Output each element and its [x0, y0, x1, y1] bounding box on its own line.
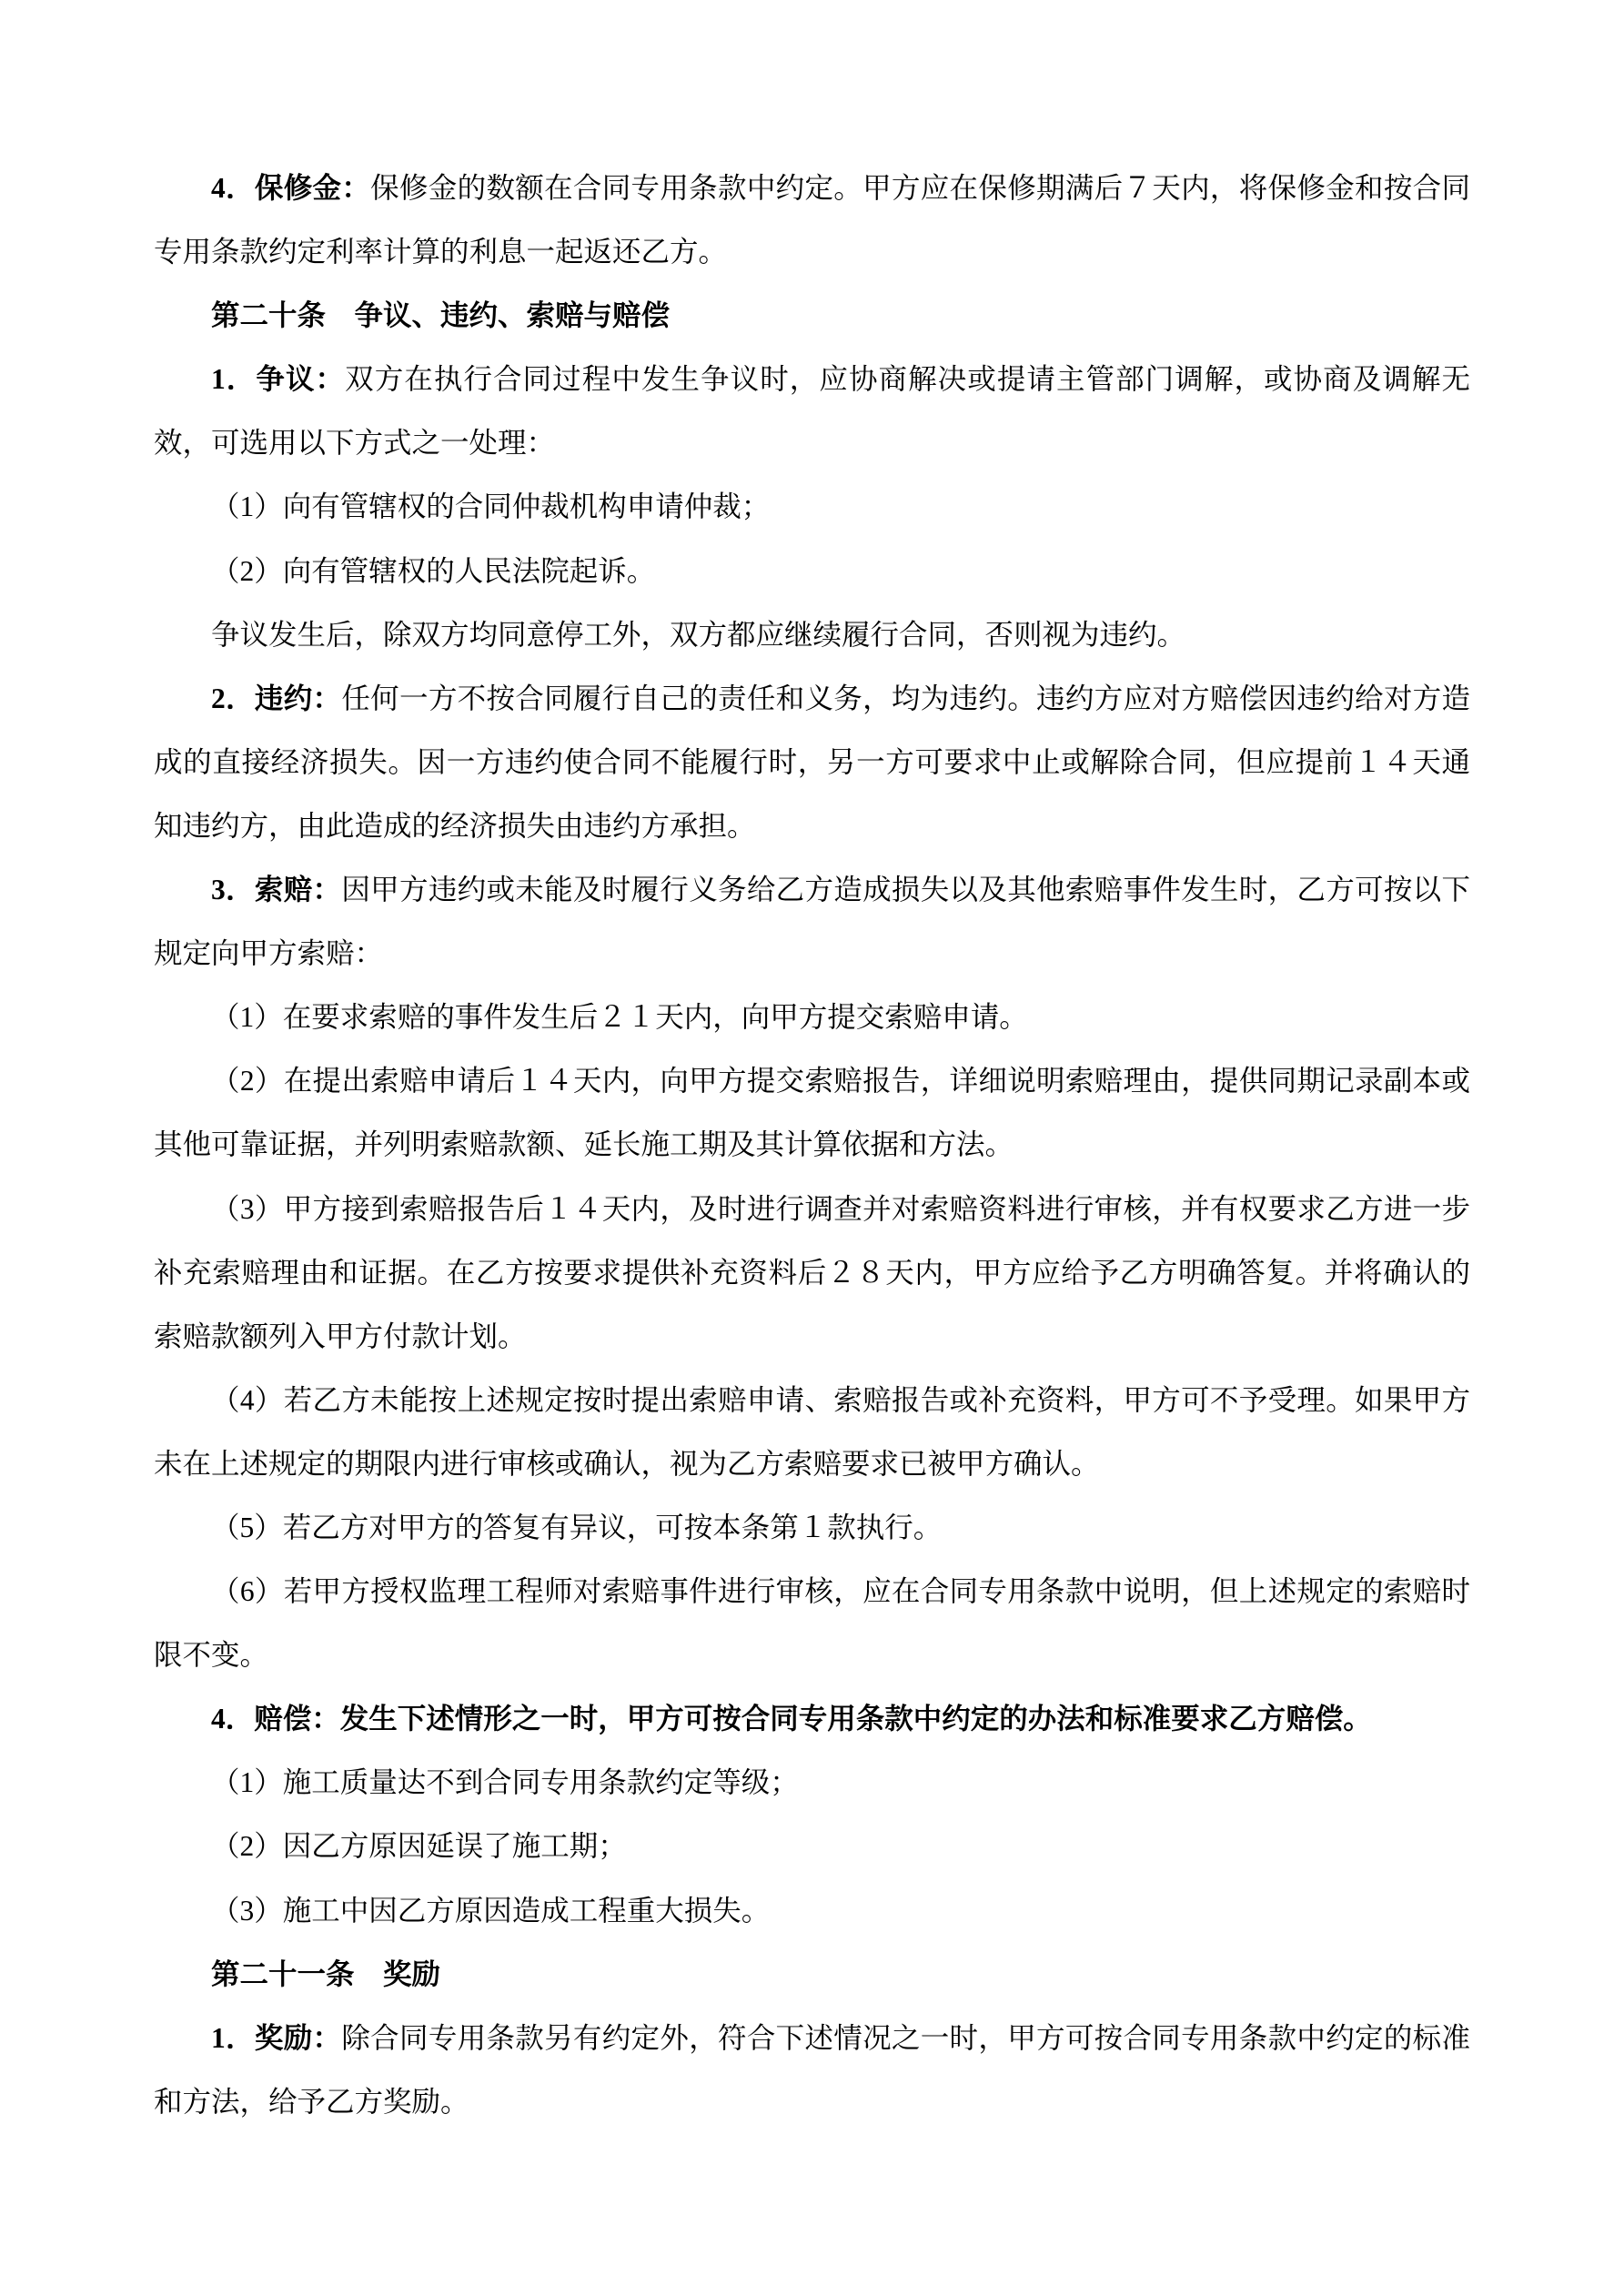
paragraph-text: 双方在执行合同过程中发生争议时，应协商解决或提请主管部门调解，或协商及调解无效，…	[154, 363, 1470, 459]
paragraph: （4）若乙方未能按上述规定按时提出索赔申请、索赔报告或补充资料，甲方可不予受理。…	[154, 1369, 1470, 1496]
paragraph: （2）在提出索赔申请后１４天内，向甲方提交索赔报告，详细说明索赔理由，提供同期记…	[154, 1049, 1470, 1177]
paragraph-text: （5）若乙方对甲方的答复有异议，可按本条第１款执行。	[211, 1512, 942, 1543]
paragraph: （2）向有管辖权的人民法院起诉。	[154, 540, 1470, 603]
paragraph-text: 争议发生后，除双方均同意停工外，双方都应继续履行合同，否则视为违约。	[211, 619, 1185, 651]
paragraph: 争议发生后，除双方均同意停工外，双方都应继续履行合同，否则视为违约。	[154, 603, 1470, 667]
paragraph-text: （2）在提出索赔申请后１４天内，向甲方提交索赔报告，详细说明索赔理由，提供同期记…	[154, 1065, 1470, 1160]
paragraph: 4．保修金：保修金的数额在合同专用条款中约定。甲方应在保修期满后７天内，将保修金…	[154, 157, 1470, 284]
paragraph-lead: 第二十条	[211, 299, 326, 331]
document-page: 4．保修金：保修金的数额在合同专用条款中约定。甲方应在保修期满后７天内，将保修金…	[0, 0, 1624, 2296]
paragraph: （3）甲方接到索赔报告后１４天内，及时进行调查并对索赔资料进行审核，并有权要求乙…	[154, 1178, 1470, 1369]
paragraph: （1）向有管辖权的合同仲裁机构申请仲裁；	[154, 475, 1470, 539]
section-heading: 第二十一条奖励	[154, 1943, 1470, 2007]
paragraph-text: （3）甲方接到索赔报告后１４天内，及时进行调查并对索赔资料进行审核，并有权要求乙…	[154, 1193, 1470, 1352]
paragraph-text: （4）若乙方未能按上述规定按时提出索赔申请、索赔报告或补充资料，甲方可不予受理。…	[154, 1384, 1470, 1480]
paragraph: 3．索赔：因甲方违约或未能及时履行义务给乙方造成损失以及其他索赔事件发生时，乙方…	[154, 858, 1470, 986]
paragraph: 1．奖励：除合同专用条款另有约定外，符合下述情况之一时，甲方可按合同专用条款中约…	[154, 2007, 1470, 2134]
paragraph-lead: 4．保修金：	[211, 172, 370, 204]
paragraph-text: （1）在要求索赔的事件发生后２１天内，向甲方提交索赔申请。	[211, 1001, 1028, 1033]
paragraph: （1）在要求索赔的事件发生后２１天内，向甲方提交索赔申请。	[154, 986, 1470, 1049]
paragraph-lead: 1．争议：	[211, 363, 345, 395]
paragraph-text: （6）若甲方授权监理工程师对索赔事件进行审核，应在合同专用条款中说明，但上述规定…	[154, 1575, 1470, 1671]
paragraph-text: （1）向有管辖权的合同仲裁机构申请仲裁；	[211, 491, 770, 522]
paragraph: 4．赔偿：发生下述情形之一时，甲方可按合同专用条款中约定的办法和标准要求乙方赔偿…	[154, 1687, 1470, 1751]
paragraph-text: （3）施工中因乙方原因造成工程重大损失。	[211, 1895, 770, 1927]
paragraph-lead: 1．奖励：	[211, 2022, 341, 2054]
paragraph: 2．违约：任何一方不按合同履行自己的责任和义务，均为违约。违约方应对方赔偿因违约…	[154, 667, 1470, 858]
document-content: 4．保修金：保修金的数额在合同专用条款中约定。甲方应在保修期满后７天内，将保修金…	[154, 157, 1470, 2134]
paragraph-text: 争议、违约、索赔与赔偿	[355, 299, 671, 331]
paragraph-text: （2）因乙方原因延误了施工期；	[211, 1830, 627, 1862]
paragraph-text: 因甲方违约或未能及时履行义务给乙方造成损失以及其他索赔事件发生时，乙方可按以下规…	[154, 874, 1470, 969]
paragraph-text: 任何一方不按合同履行自己的责任和义务，均为违约。违约方应对方赔偿因违约给对方造成…	[154, 683, 1470, 842]
paragraph: （3）施工中因乙方原因造成工程重大损失。	[154, 1879, 1470, 1943]
paragraph: （1）施工质量达不到合同专用条款约定等级；	[154, 1751, 1470, 1815]
paragraph-lead: 2．违约：	[211, 683, 341, 714]
paragraph-lead: 4．赔偿：	[211, 1703, 340, 1735]
paragraph: （2）因乙方原因延误了施工期；	[154, 1815, 1470, 1878]
paragraph-text: （2）向有管辖权的人民法院起诉。	[211, 555, 655, 587]
paragraph-text: 奖励	[383, 1958, 440, 1990]
paragraph: （6）若甲方授权监理工程师对索赔事件进行审核，应在合同专用条款中说明，但上述规定…	[154, 1560, 1470, 1687]
paragraph-lead: 3．索赔：	[211, 874, 341, 905]
paragraph-text: 发生下述情形之一时，甲方可按合同专用条款中约定的办法和标准要求乙方赔偿。	[340, 1703, 1372, 1735]
paragraph: 1．争议：双方在执行合同过程中发生争议时，应协商解决或提请主管部门调解，或协商及…	[154, 348, 1470, 475]
paragraph-text: 除合同专用条款另有约定外，符合下述情况之一时，甲方可按合同专用条款中约定的标准和…	[154, 2022, 1470, 2118]
paragraph: （5）若乙方对甲方的答复有异议，可按本条第１款执行。	[154, 1496, 1470, 1560]
section-heading: 第二十条争议、违约、索赔与赔偿	[154, 284, 1470, 348]
paragraph-lead: 第二十一条	[211, 1958, 355, 1990]
paragraph-text: （1）施工质量达不到合同专用条款约定等级；	[211, 1766, 799, 1798]
